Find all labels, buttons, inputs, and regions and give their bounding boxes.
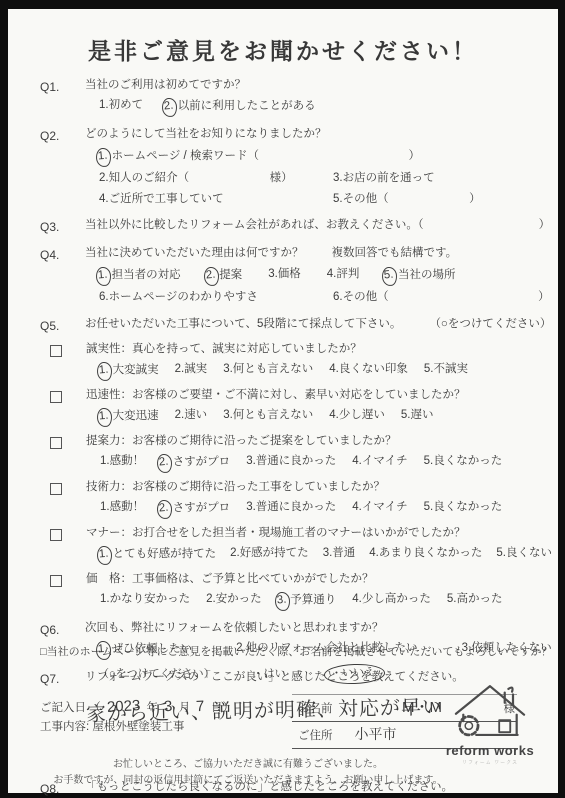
question-q2: Q2. どのようにして当社をお知りになりましたか？ 1.ホームページ / 検索ワ…	[40, 127, 552, 207]
criterion-skill: 技術力：お客様のご期待に沿った工事をしていましたか？ 1.感動！ 2.さすがプロ…	[50, 480, 552, 518]
option: 4.評判	[327, 267, 360, 286]
option-number: 3.	[246, 454, 256, 470]
option-number: 6.	[99, 290, 109, 306]
option-selected: 1.ホームページ / 検索ワード（ ）	[99, 148, 420, 167]
option-number: 4.	[329, 408, 339, 424]
option: 4.良くない印象	[329, 362, 408, 381]
option-number: 5.	[333, 192, 343, 208]
criterion-text: 提案力：お客様のご期待に沿ったご提案をしていましたか？	[86, 434, 552, 450]
option: 4.イマイチ	[352, 500, 407, 519]
option-number: 4.	[327, 267, 337, 283]
option-number: 2.	[99, 171, 109, 187]
question-q1: Q1. 当社のご利用は初めてですか？ 1.初めて 2.以前に利用したことがある	[40, 78, 552, 116]
option-text: 大変誠実	[113, 364, 159, 376]
criterion-text: 価 格：工事価格は、ご予算と比べていかがでしたか？	[86, 572, 552, 588]
option-number: 4.	[329, 362, 339, 378]
option-text: 普通に良かった	[256, 455, 337, 467]
consent-text: □当社のホームページ等にご意見を掲載いただく際、お名前を掲載させていただいてもよ…	[40, 645, 558, 660]
option-number: 6.	[333, 290, 343, 306]
survey-page: 是非ご意見をお聞かせください！ Q1. 当社のご利用は初めてですか？ 1.初めて…	[8, 9, 558, 793]
option: 6.その他（ ）	[333, 290, 550, 306]
question-q4: Q4. 当社に決めていただいた理由は何ですか？ 複数回答でも結構です。 1.担当…	[40, 246, 552, 306]
option-number: 5.	[496, 546, 506, 562]
option-number: 3.	[333, 171, 343, 187]
option: 1.かなり安かった	[100, 592, 190, 611]
option-text: 普通に良かった	[256, 501, 337, 513]
option-text: 少し高かった	[362, 593, 431, 605]
option-number: 5.	[424, 454, 434, 470]
criterion-text: マナー：お打合せをした担当者・現場施工者のマナーはいかがでしたか？	[86, 526, 552, 542]
q1-options: 1.初めて 2.以前に利用したことがある	[99, 98, 552, 117]
option: 2.好感が持てた	[230, 546, 309, 565]
question-text: 当社以外に比較したリフォーム会社があれば、お教えください。（ ）	[85, 218, 552, 234]
option-text: 当社の場所	[398, 269, 456, 281]
option-text: 好感が持てた	[240, 547, 309, 559]
option: 5.その他（ ）	[333, 192, 481, 208]
question-q5: Q5. お任せいただいた工事について、5段階にて採点して下さい。 （○をつけてく…	[40, 317, 552, 334]
option-number: 4.	[99, 192, 109, 208]
circled-number: 3.	[274, 591, 290, 611]
option: 5.遅い	[401, 408, 434, 427]
circled-number: 5.	[382, 266, 398, 286]
criterion-sincerity: 誠実性：真心を持って、誠実に対応していましたか？ 1.大変誠実 2.誠実 3.何…	[50, 342, 552, 380]
checkbox-icon	[50, 483, 62, 495]
criterion-speed: 迅速性：お客様のご要望・ご不満に対し、素早い対応をしていましたか？ 1.大変迅速…	[50, 388, 552, 426]
circled-number: 1.	[96, 545, 112, 565]
date-label: ご記入日	[40, 702, 86, 714]
option: 3.何とも言えない	[223, 408, 313, 427]
option: 1.初めて	[99, 98, 143, 117]
option-text: 提案	[219, 269, 242, 281]
option-text: 予算通り	[290, 594, 336, 606]
option: 5.良くない	[496, 546, 552, 565]
q4-options-row1: 1.担当者の対応 2.提案 3.価格 4.評判 5.当社の場所	[99, 267, 552, 286]
option-text: 評判	[336, 268, 359, 280]
circled-number: 1.	[96, 361, 112, 381]
q2-options-row3: 4.ご近所で工事していて 5.その他（ ）	[99, 192, 552, 208]
option-text: 高かった	[456, 593, 502, 605]
question-text: 次回も、弊社にリフォームを依頼したいと思われますか？	[85, 621, 552, 637]
option-number: 3.	[268, 267, 278, 283]
consent-note: （○をつけてください）	[98, 667, 215, 682]
option-text: 誠実	[184, 363, 207, 375]
option-number: 5.	[424, 500, 434, 516]
option: 3.価格	[268, 267, 301, 286]
option-text: ホームページのわかりやすさ	[109, 291, 258, 303]
checkbox-icon	[50, 437, 62, 449]
circled-number: 2.	[203, 266, 219, 286]
checkbox-icon	[50, 575, 62, 587]
option-number: 3.	[223, 362, 233, 378]
option: 5.良くなかった	[424, 454, 503, 473]
criterion-manner: マナー：お打合せをした担当者・現場施工者のマナーはいかがでしたか？ 1.とても好…	[50, 526, 552, 564]
option-text: 速い	[184, 409, 207, 421]
option: 3.普通	[323, 546, 356, 565]
q2-options-row2: 2.知人のご紹介（ 様） 3.お店の前を通って	[99, 171, 552, 187]
date-day-value: 7	[196, 697, 205, 718]
page-title: 是非ご意見をお聞かせください！	[8, 36, 558, 67]
option: 6.ホームページのわかりやすさ	[99, 290, 311, 306]
question-id: Q3.	[40, 218, 85, 235]
option-number: 2.	[175, 408, 185, 424]
date-row: ご記入日 （ 2023 年 3 月 7 日）	[40, 697, 288, 717]
circled-number: 1.	[95, 266, 111, 286]
option-text: 何とも言えない	[233, 409, 314, 421]
option: 2.誠実	[175, 362, 208, 381]
criterion-proposal: 提案力：お客様のご期待に沿ったご提案をしていましたか？ 1.感動！ 2.さすがプ…	[50, 434, 552, 472]
consent-option-yes: ・はい	[253, 667, 286, 682]
option-text: 以前に利用したことがある	[178, 100, 316, 112]
option-text: 少し遅い	[339, 409, 385, 421]
option-number: 1.	[99, 98, 109, 114]
option: 4.あまり良くなかった	[369, 546, 482, 565]
option-text: 感動！	[110, 501, 145, 513]
question-text: どのようにして当社をお知りになりましたか？	[85, 127, 552, 143]
option-text: 遅い	[410, 409, 433, 421]
option-text: 良くなかった	[433, 501, 502, 513]
option-text: 良くない	[506, 547, 552, 559]
option-number: 1.	[100, 454, 110, 470]
question-id: Q1.	[40, 78, 85, 116]
option-text: 良くない印象	[339, 363, 408, 375]
option-text: 普通	[332, 547, 355, 559]
option-selected: 2.さすがプロ	[160, 454, 230, 473]
question-note: （○をつけてください）	[429, 317, 551, 333]
option-number: 2.	[175, 362, 185, 378]
checkbox-icon	[50, 391, 62, 403]
q2-options-row1: 1.ホームページ / 検索ワード（ ）	[99, 148, 552, 167]
option: 1.感動！	[100, 500, 144, 519]
q4-options-row2: 6.ホームページのわかりやすさ 6.その他（ ）	[99, 290, 552, 306]
house-sketch-icon	[444, 680, 536, 742]
option-selected: 1.大変迅速	[100, 408, 159, 427]
option-number: 3.	[323, 546, 333, 562]
option-text: ホームページ / 検索ワード（ ）	[112, 150, 420, 162]
option-text: 感動！	[110, 455, 145, 467]
option-number: 4.	[369, 546, 379, 562]
option-selected: 2.提案	[207, 267, 243, 286]
logo-subtext: リフォーム ワークス	[436, 760, 544, 767]
option-number: 1.	[100, 500, 110, 516]
option-text: 初めて	[109, 99, 144, 111]
circled-number: 1.	[96, 407, 112, 427]
circled-number: 2.	[156, 499, 172, 519]
option-selected: 1.大変誠実	[100, 362, 159, 381]
criterion-text: 技術力：お客様のご期待に沿った工事をしていましたか？	[86, 480, 552, 496]
checkbox-icon	[50, 529, 62, 541]
option-selected: 5.当社の場所	[385, 267, 455, 286]
criterion-text: 迅速性：お客様のご要望・ご不満に対し、素早い対応をしていましたか？	[86, 388, 552, 404]
option-text: 不誠実	[433, 363, 468, 375]
question-text: 当社に決めていただいた理由は何ですか？	[85, 246, 304, 262]
option-number: 3.	[223, 408, 233, 424]
option-text: かなり安かった	[110, 593, 191, 605]
question-q3: Q3. 当社以外に比較したリフォーム会社があれば、お教えください。（ ）	[40, 218, 552, 235]
circled-number: 2.	[161, 97, 177, 117]
option: 3.何とも言えない	[223, 362, 313, 381]
circled-number: 2.	[156, 453, 172, 473]
option-text: 価格	[278, 268, 301, 280]
option-text: 知人のご紹介（ 様）	[109, 172, 293, 184]
option-text: お店の前を通って	[343, 172, 435, 184]
option-text: その他（ ）	[343, 193, 481, 205]
date-year-value: 2023	[106, 696, 140, 718]
option-selected: 2.さすがプロ	[160, 500, 230, 519]
option-number: 4.	[352, 592, 362, 608]
consent-option-no-selected: ・いいえ	[323, 663, 385, 685]
criterion-text: 誠実性：真心を持って、誠実に対応していましたか？	[86, 342, 552, 358]
option-number: 1.	[100, 592, 110, 608]
option-text: 安かった	[216, 593, 262, 605]
option-number: 2.	[206, 592, 216, 608]
option: 3.普通に良かった	[246, 500, 336, 519]
question-note: 複数回答でも結構です。	[332, 246, 458, 262]
option: 2.安かった	[206, 592, 262, 611]
option-text: 何とも言えない	[233, 363, 314, 375]
question-id: Q4.	[40, 246, 85, 306]
question-id: Q2.	[40, 127, 85, 207]
option-text: イマイチ	[362, 501, 408, 513]
question-text: お任せいただいた工事について、5段階にて採点して下さい。	[85, 317, 401, 333]
company-logo: reform works リフォーム ワークス	[436, 680, 544, 767]
option-selected: 3.予算通り	[278, 592, 337, 611]
option: 4.少し高かった	[352, 592, 431, 611]
work-row: 工事内容: 屋根外壁塗装工事	[40, 720, 288, 736]
option-number: 3.	[246, 500, 256, 516]
option-text: さすがプロ	[173, 456, 231, 468]
thanks-line1: お忙しいところ、ご協力いただき誠に有難うございました。	[28, 758, 468, 772]
option: 3.お店の前を通って	[333, 171, 435, 187]
option: 5.高かった	[447, 592, 503, 611]
question-id: Q5.	[40, 317, 85, 334]
option-text: イマイチ	[362, 455, 408, 467]
address-label: ご住所	[298, 729, 333, 745]
option-text: さすがプロ	[173, 502, 231, 514]
logo-text: reform works	[436, 742, 544, 760]
option-text: その他（ ）	[343, 291, 550, 303]
date-month-value: 3	[164, 697, 173, 718]
option-number: 2.	[230, 546, 240, 562]
option: 1.感動！	[100, 454, 144, 473]
option-text: 良くなかった	[433, 455, 502, 467]
option: 4.ご近所で工事していて	[99, 192, 311, 208]
option: 2.知人のご紹介（ 様）	[99, 171, 311, 187]
option: 4.イマイチ	[352, 454, 407, 473]
option-text: ご近所で工事していて	[109, 193, 224, 205]
circled-number: 1.	[95, 147, 111, 167]
option: 5.不誠実	[424, 362, 468, 381]
option-number: 4.	[352, 454, 362, 470]
option: 2.速い	[175, 408, 208, 427]
option-selected: 1.担当者の対応	[99, 267, 181, 286]
criterion-price: 価 格：工事価格は、ご予算と比べていかがでしたか？ 1.かなり安かった 2.安か…	[50, 572, 552, 610]
option: 3.普通に良かった	[246, 454, 336, 473]
work-value: 屋根外壁塗装工事	[92, 721, 184, 733]
option-selected: 2.以前に利用したことがある	[165, 98, 316, 117]
option-text: とても好感が持てた	[113, 548, 217, 560]
option-selected: 1.とても好感が持てた	[100, 546, 216, 565]
checkbox-icon	[50, 345, 62, 357]
option-number: 4.	[352, 500, 362, 516]
option: 5.良くなかった	[424, 500, 503, 519]
option: 4.少し遅い	[329, 408, 385, 427]
thanks-line2: お手数ですが、同封の返信用封筒にてご返送いただきますよう、お願い申し上げます。	[28, 774, 468, 788]
option-text: あまり良くなかった	[379, 547, 483, 559]
option-text: 担当者の対応	[112, 269, 181, 281]
name-label: お名前	[298, 702, 333, 718]
question-text: 当社のご利用は初めてですか？	[85, 78, 552, 94]
option-text: 大変迅速	[113, 410, 159, 422]
work-label: 工事内容:	[40, 721, 89, 733]
